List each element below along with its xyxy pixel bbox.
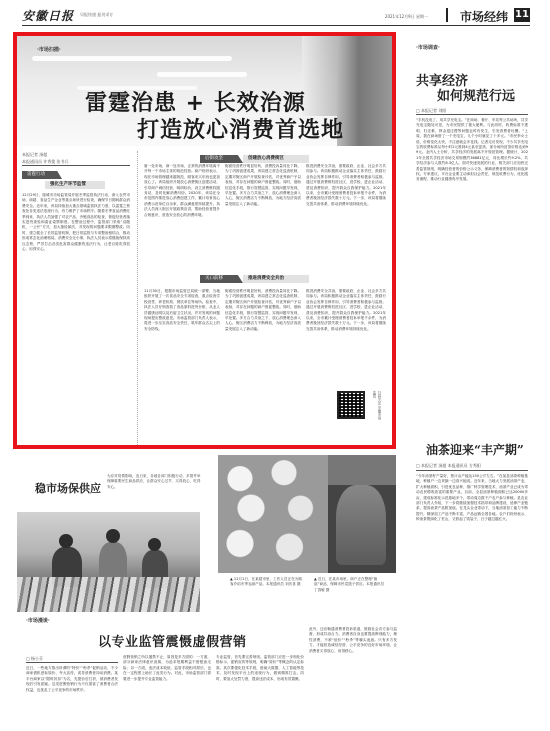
photo-feature-headline: 稳市场保供应 [35, 480, 101, 496]
section-title: 强化生产环节监管 [45, 181, 105, 189]
article-column-7: 推进消费安全共治，需要政府、企业、社会多方共同参与。该局积极推动企业落实主体责任… [306, 289, 386, 369]
article-column-2: 唐一处市场，商一处市场，正常的消费环境离不开每一个市场主体的规范经营。商户纷纷表… [144, 164, 220, 266]
bottom-column-4: 此外，还应畅通消费者投诉渠道，鼓励社会各方参与监督，形成共治合力。消费者自身也要… [309, 627, 397, 726]
right-headline-line-2: 如何规范行远 [437, 85, 515, 104]
shelf-image [337, 36, 392, 146]
right-bottom-byline: □ 本报记者 汤超 本报通讯员 方秀阳 [416, 463, 481, 469]
ceiling-light [32, 56, 232, 61]
bottom-column-2: 虚假营销之所以屡禁不止，原因是多方面的：一方面，部分商家法律意识淡薄，为追求短期… [123, 655, 211, 726]
section-divider [446, 8, 448, 22]
photo-caption-1: ▲ 12月1日，在某超市里，工作人员正在为顾客介绍冬季农副产品。本报通讯员 刘庆… [230, 577, 302, 588]
page-number: 11 [514, 8, 530, 22]
divider [22, 165, 130, 166]
shelf-image [302, 36, 337, 116]
section-name: 市场经纬 [460, 8, 508, 25]
person-head [106, 529, 120, 543]
bottom-column-3: 专业监管，首先要完善规则。监管部门应进一步细化价格标示、促销宣传等规则，明确“原… [216, 655, 304, 726]
masthead: 安徽日报 早报快递 报刊采订 2021年12月9日 星期一 市场经纬 11 [22, 6, 530, 26]
right-bottom-headline: 油茶迎来“丰产期” [426, 441, 524, 458]
headline-line-2: 打造放心消费首选地 [137, 113, 344, 144]
mushroom-market-photo[interactable] [218, 455, 396, 573]
article-column-3: 街面经营秩序明显好转，消费投诉量同比下降。为了巩固创建成果，该局建立常态化巡查机… [225, 164, 301, 266]
right-article-body: “手机没电了，用共享充电宝。”在商场、餐厅、车站等公共场所，共享充电宝随处可见，… [416, 118, 528, 418]
goods-display [17, 577, 200, 612]
column-kicker: ·市场扫描· [37, 46, 61, 53]
byline-reporter: 本报记者 汤超 [22, 151, 127, 158]
newspaper-logo: 安徽日报 [22, 7, 74, 24]
qr-caption: 扫码关注 安徽市场监管 [372, 391, 382, 421]
byline: 本报记者 汤超 本报通讯员 许秀俊 张书兵 [22, 151, 127, 165]
bottom-headline: 以专业监管震慑虚假营销 [98, 631, 247, 650]
section-title: 创建放心消费街区 [243, 155, 309, 163]
supermarket-photo[interactable] [17, 512, 200, 612]
feature-article-highlight[interactable]: ·市场扫描· 雷霆治患 + 长效治源 打造放心消费首选地 本报记者 汤超 本报通… [13, 32, 396, 449]
section-tag: 关口前移 [200, 275, 243, 283]
byline-correspondents: 本报通讯员 许秀俊 张书兵 [22, 158, 127, 165]
person-head [148, 538, 161, 551]
photo-caption-2: ▲ 近日，在某市场里，商户正在整理“菌菇”商品，保障市民菜篮子供应。本报通讯员 … [314, 577, 386, 593]
article-column-5: 11月30日，根据市场监管总局统一部署，当地组织开展了一次食品安全专项检查，重点… [144, 289, 220, 447]
qr-code-icon[interactable] [337, 391, 365, 419]
section-tag: 后街攻坚 [200, 155, 243, 163]
bottom-kicker: ·市场漫谈· [26, 617, 50, 624]
hero-banner: ·市场扫描· 雷霆治患 + 长效治源 打造放心消费首选地 [17, 36, 392, 146]
photo-feature-intro: 为应对疫情影响，连日来，各地各部门积极行动，多措并举保障重要民生商品供应，让群众… [107, 474, 202, 490]
divider [416, 470, 528, 471]
worker-figure [336, 485, 386, 565]
ceiling-light [157, 72, 247, 77]
bottom-column-1: 近日，一些地方推出所谓的“特价”“秒杀”促销活动，不少商家借机虚标原价、夸大宣传… [26, 666, 118, 726]
article-column-1: 12月29日，瑞城市市场监管局开展冬季监管执法行动，深入农贸市场、商超、食品生产… [22, 193, 130, 447]
article-column-4: 推进消费安全共治，需要政府、企业、社会多方共同参与。该局积极推动企业落实主体责任… [306, 164, 386, 266]
person-head [59, 534, 73, 548]
section-title: 推进消费安全共治 [243, 275, 309, 283]
right-column-kicker: ·市场调查· [416, 44, 440, 51]
produce-pile [218, 455, 328, 573]
article-column-6: 街面经营秩序明显好转，消费投诉量同比下降。为了巩固创建成果，该局建立常态化巡查机… [225, 289, 301, 447]
divider [26, 662, 118, 663]
column-divider [137, 151, 138, 447]
divider [416, 114, 528, 115]
section-tag: 雷霆行动 [22, 171, 62, 179]
logo-subtitle: 早报快递 报刊采订 [80, 12, 113, 18]
issue-date: 2021年12月9日 星期一 [385, 14, 428, 20]
truck-interior [328, 455, 396, 485]
right-bottom-body: “今年油茶籽产量好，预计亩产能达150公斤左右。”在某县油茶种植基地，种植户一边… [416, 474, 528, 724]
